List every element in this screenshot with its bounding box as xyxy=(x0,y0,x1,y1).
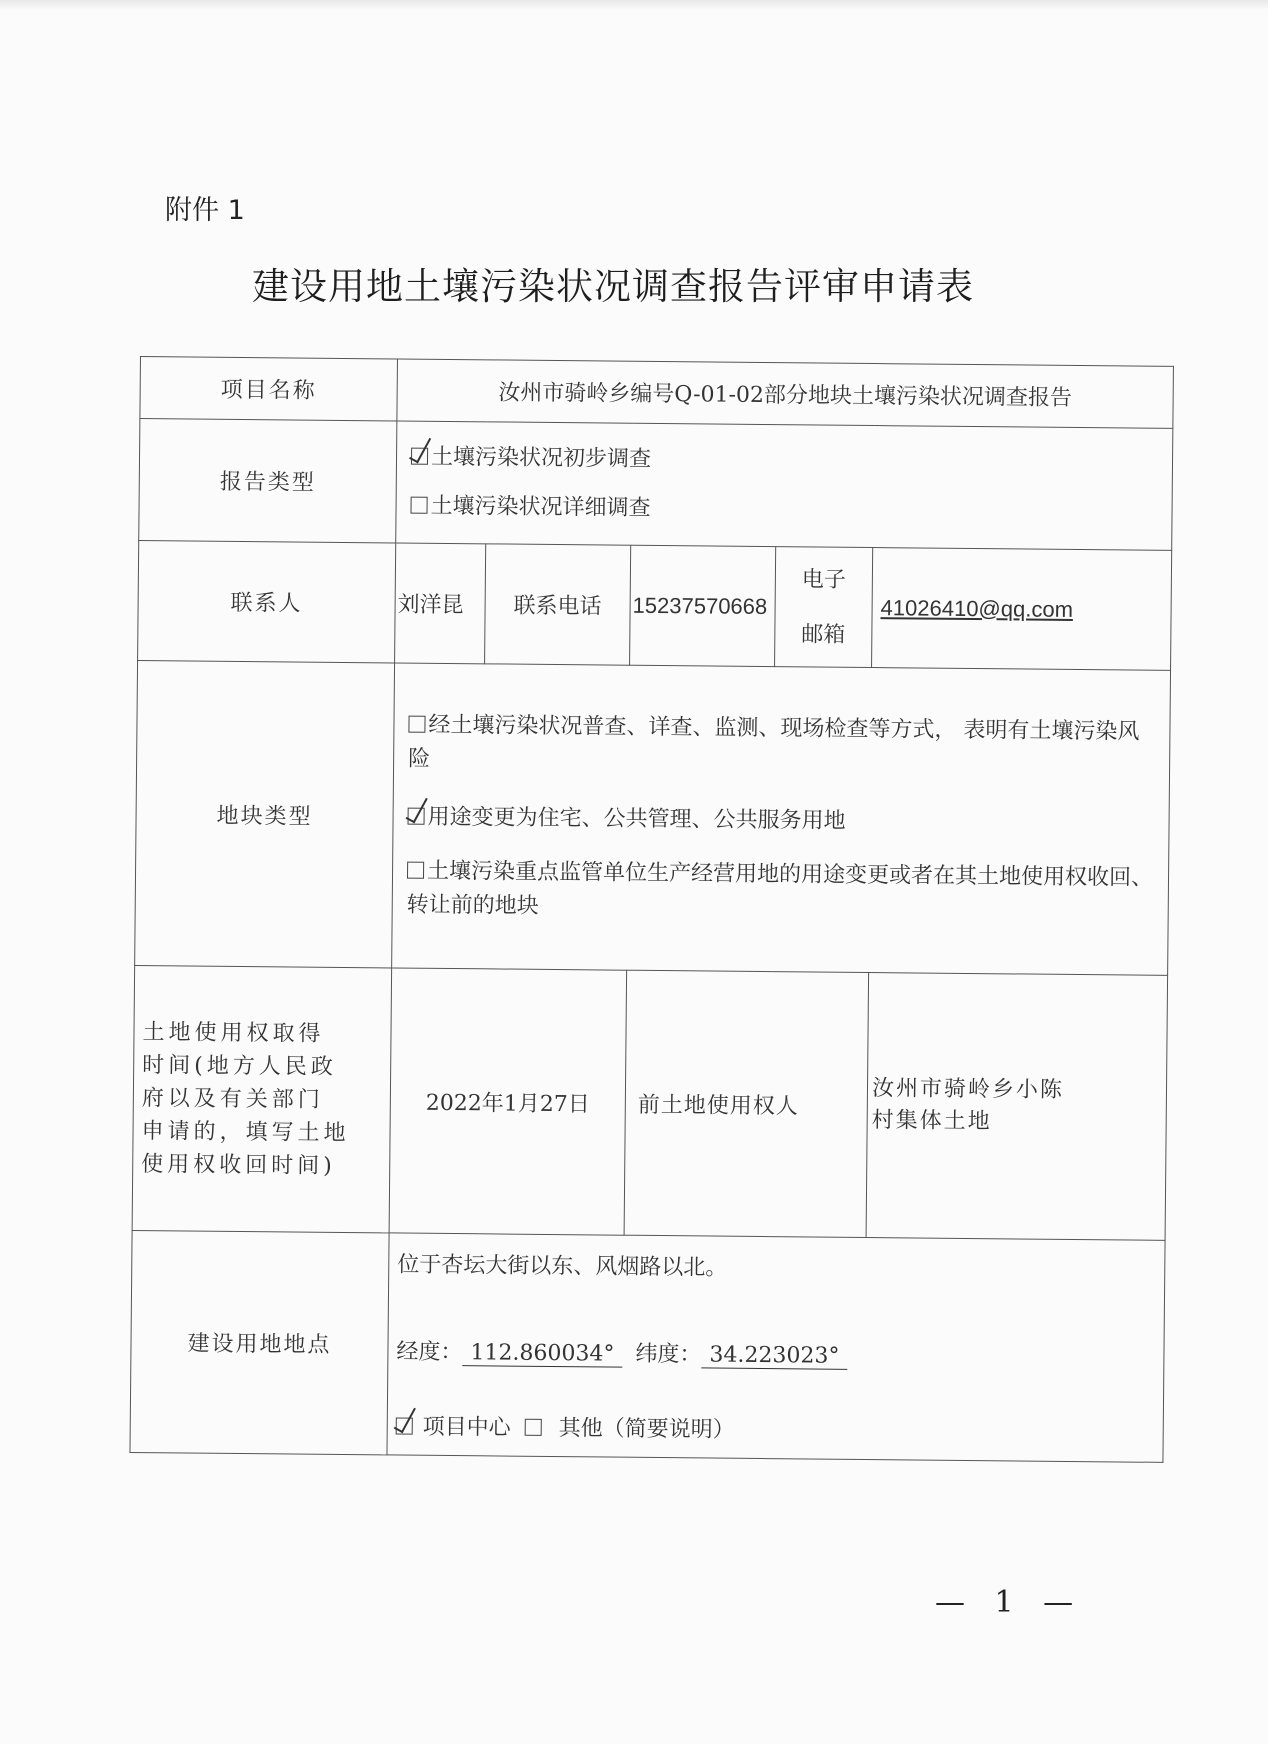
report-type-option-preliminary[interactable]: 土壤污染状况初步调查 xyxy=(411,441,1164,482)
checkbox-checked-icon[interactable] xyxy=(411,448,428,465)
row-project-name: 项目名称 汝州市骑岭乡编号Q-01-02部分地块土壤污染状况调查报告 xyxy=(140,357,1174,429)
scan-edge xyxy=(0,0,1268,10)
project-name-label: 项目名称 xyxy=(140,357,398,421)
plot-type-label: 地块类型 xyxy=(135,660,395,967)
project-name-text: 汝州市骑岭乡编号Q-01-02部分地块土壤污染状况调查报告 xyxy=(498,380,1072,411)
label-line: 土地使用权取得 xyxy=(142,1016,382,1051)
label-line: 府以及有关部门 xyxy=(142,1082,382,1117)
former-owner-line: 村集体土地 xyxy=(872,1105,1158,1140)
email-label: 电子 邮箱 xyxy=(775,547,873,668)
phone-value[interactable]: 15237570668 xyxy=(630,545,776,666)
email-value[interactable]: 41026410@qq.com xyxy=(872,548,1172,671)
plot-type-option-supervised-unit[interactable]: 土壤污染重点监管单位生产经营用地的用途变更或者在其土地使用权收回、转让前的地块 xyxy=(407,855,1155,930)
former-owner-value[interactable]: 汝州市骑岭乡小陈 村集体土地 xyxy=(866,973,1168,1241)
label-line: 使用权收回时间) xyxy=(141,1148,381,1183)
row-land-use-right: 土地使用权取得 时间(地方人民政 府以及有关部门 申请的，填写土地 使用权收回时… xyxy=(132,965,1167,1240)
land-use-right-label: 土地使用权取得 时间(地方人民政 府以及有关部门 申请的，填写土地 使用权收回时… xyxy=(132,965,392,1232)
former-owner-line: 汝州市骑岭乡小陈 xyxy=(872,1073,1158,1108)
checkbox-checked-icon[interactable] xyxy=(396,1418,413,1435)
coordinate-type-option-center[interactable]: 项目中心 xyxy=(396,1415,511,1441)
email-label-line-2: 邮箱 xyxy=(783,618,863,652)
option-text: 用途变更为住宅、公共管理、公共服务用地 xyxy=(427,805,845,834)
row-report-type: 报告类型 土壤污染状况初步调查 土壤污染状况详细调查 xyxy=(139,419,1173,551)
option-text: 土壤污染状况详细调查 xyxy=(430,493,650,520)
site-location-label: 建设用地地点 xyxy=(130,1230,389,1454)
label-line: 时间(地方人民政 xyxy=(142,1049,382,1084)
report-type-option-detailed[interactable]: 土壤污染状况详细调查 xyxy=(410,489,1163,530)
row-plot-type: 地块类型 经土壤污染状况普查、详查、监测、现场检查等方式， 表明有土壤污染风险 … xyxy=(135,660,1171,975)
contact-label: 联系人 xyxy=(138,540,396,662)
checkbox-unchecked-icon[interactable] xyxy=(411,496,428,513)
page-number: — 1 — xyxy=(935,1585,1083,1620)
report-type-label: 报告类型 xyxy=(139,419,397,543)
coordinate-type: 项目中心 其他（简要说明） xyxy=(396,1410,1155,1448)
longitude-value[interactable]: 112.860034° xyxy=(462,1340,622,1368)
option-text: 经土壤污染状况普查、详查、监测、现场检查等方式， 表明有土壤污染风险 xyxy=(408,713,1140,772)
latitude-label: 纬度： xyxy=(635,1342,701,1368)
attachment-label: 附件 1 xyxy=(165,188,245,227)
plot-type-options: 经土壤污染状况普查、详查、监测、现场检查等方式， 表明有土壤污染风险 用途变更为… xyxy=(392,663,1171,975)
page-title: 建设用地土壤污染状况调查报告评审申请表 xyxy=(252,256,974,310)
acquisition-date[interactable]: 2022年1月27日 xyxy=(389,968,627,1235)
plot-type-option-residential[interactable]: 用途变更为住宅、公共管理、公共服务用地 xyxy=(407,801,1154,842)
project-name-value[interactable]: 汝州市骑岭乡编号Q-01-02部分地块土壤污染状况调查报告 xyxy=(397,359,1174,428)
phone-label: 联系电话 xyxy=(485,544,631,665)
checkbox-checked-icon[interactable] xyxy=(408,808,425,825)
latitude-value[interactable]: 34.223023° xyxy=(701,1342,847,1369)
checkbox-unchecked-icon[interactable] xyxy=(408,715,425,732)
row-contact: 联系人 刘洋昆 联系电话 15237570668 电子 邮箱 41026410@… xyxy=(138,540,1172,670)
email-label-line-1: 电子 xyxy=(784,563,864,597)
site-location-details: 位于杏坛大街以东、风烟路以北。 经度：112.860034° 纬度：34.223… xyxy=(387,1233,1165,1462)
checkbox-unchecked-icon[interactable] xyxy=(525,1419,542,1436)
row-site-location: 建设用地地点 位于杏坛大街以东、风烟路以北。 经度：112.860034° 纬度… xyxy=(130,1230,1165,1462)
former-owner-label: 前土地使用权人 xyxy=(624,970,869,1237)
coordinate-type-option-other[interactable]: 其他（简要说明） xyxy=(525,1416,735,1443)
checkbox-unchecked-icon[interactable] xyxy=(407,862,424,879)
contact-name[interactable]: 刘洋昆 xyxy=(395,543,486,664)
option-text: 土壤污染状况初步调查 xyxy=(431,445,651,472)
option-text: 项目中心 xyxy=(423,1415,511,1441)
plot-type-option-risk[interactable]: 经土壤污染状况普查、详查、监测、现场检查等方式， 表明有土壤污染风险 xyxy=(408,708,1156,783)
application-form-table: 项目名称 汝州市骑岭乡编号Q-01-02部分地块土壤污染状况调查报告 报告类型 … xyxy=(129,356,1173,1463)
longitude-label: 经度： xyxy=(396,1340,462,1366)
option-text: 其他（简要说明） xyxy=(559,1416,735,1443)
report-type-options: 土壤污染状况初步调查 土壤污染状况详细调查 xyxy=(396,421,1173,550)
label-line: 申请的，填写土地 xyxy=(141,1115,381,1150)
option-text: 土壤污染重点监管单位生产经营用地的用途变更或者在其土地使用权收回、转让前的地块 xyxy=(407,859,1154,919)
